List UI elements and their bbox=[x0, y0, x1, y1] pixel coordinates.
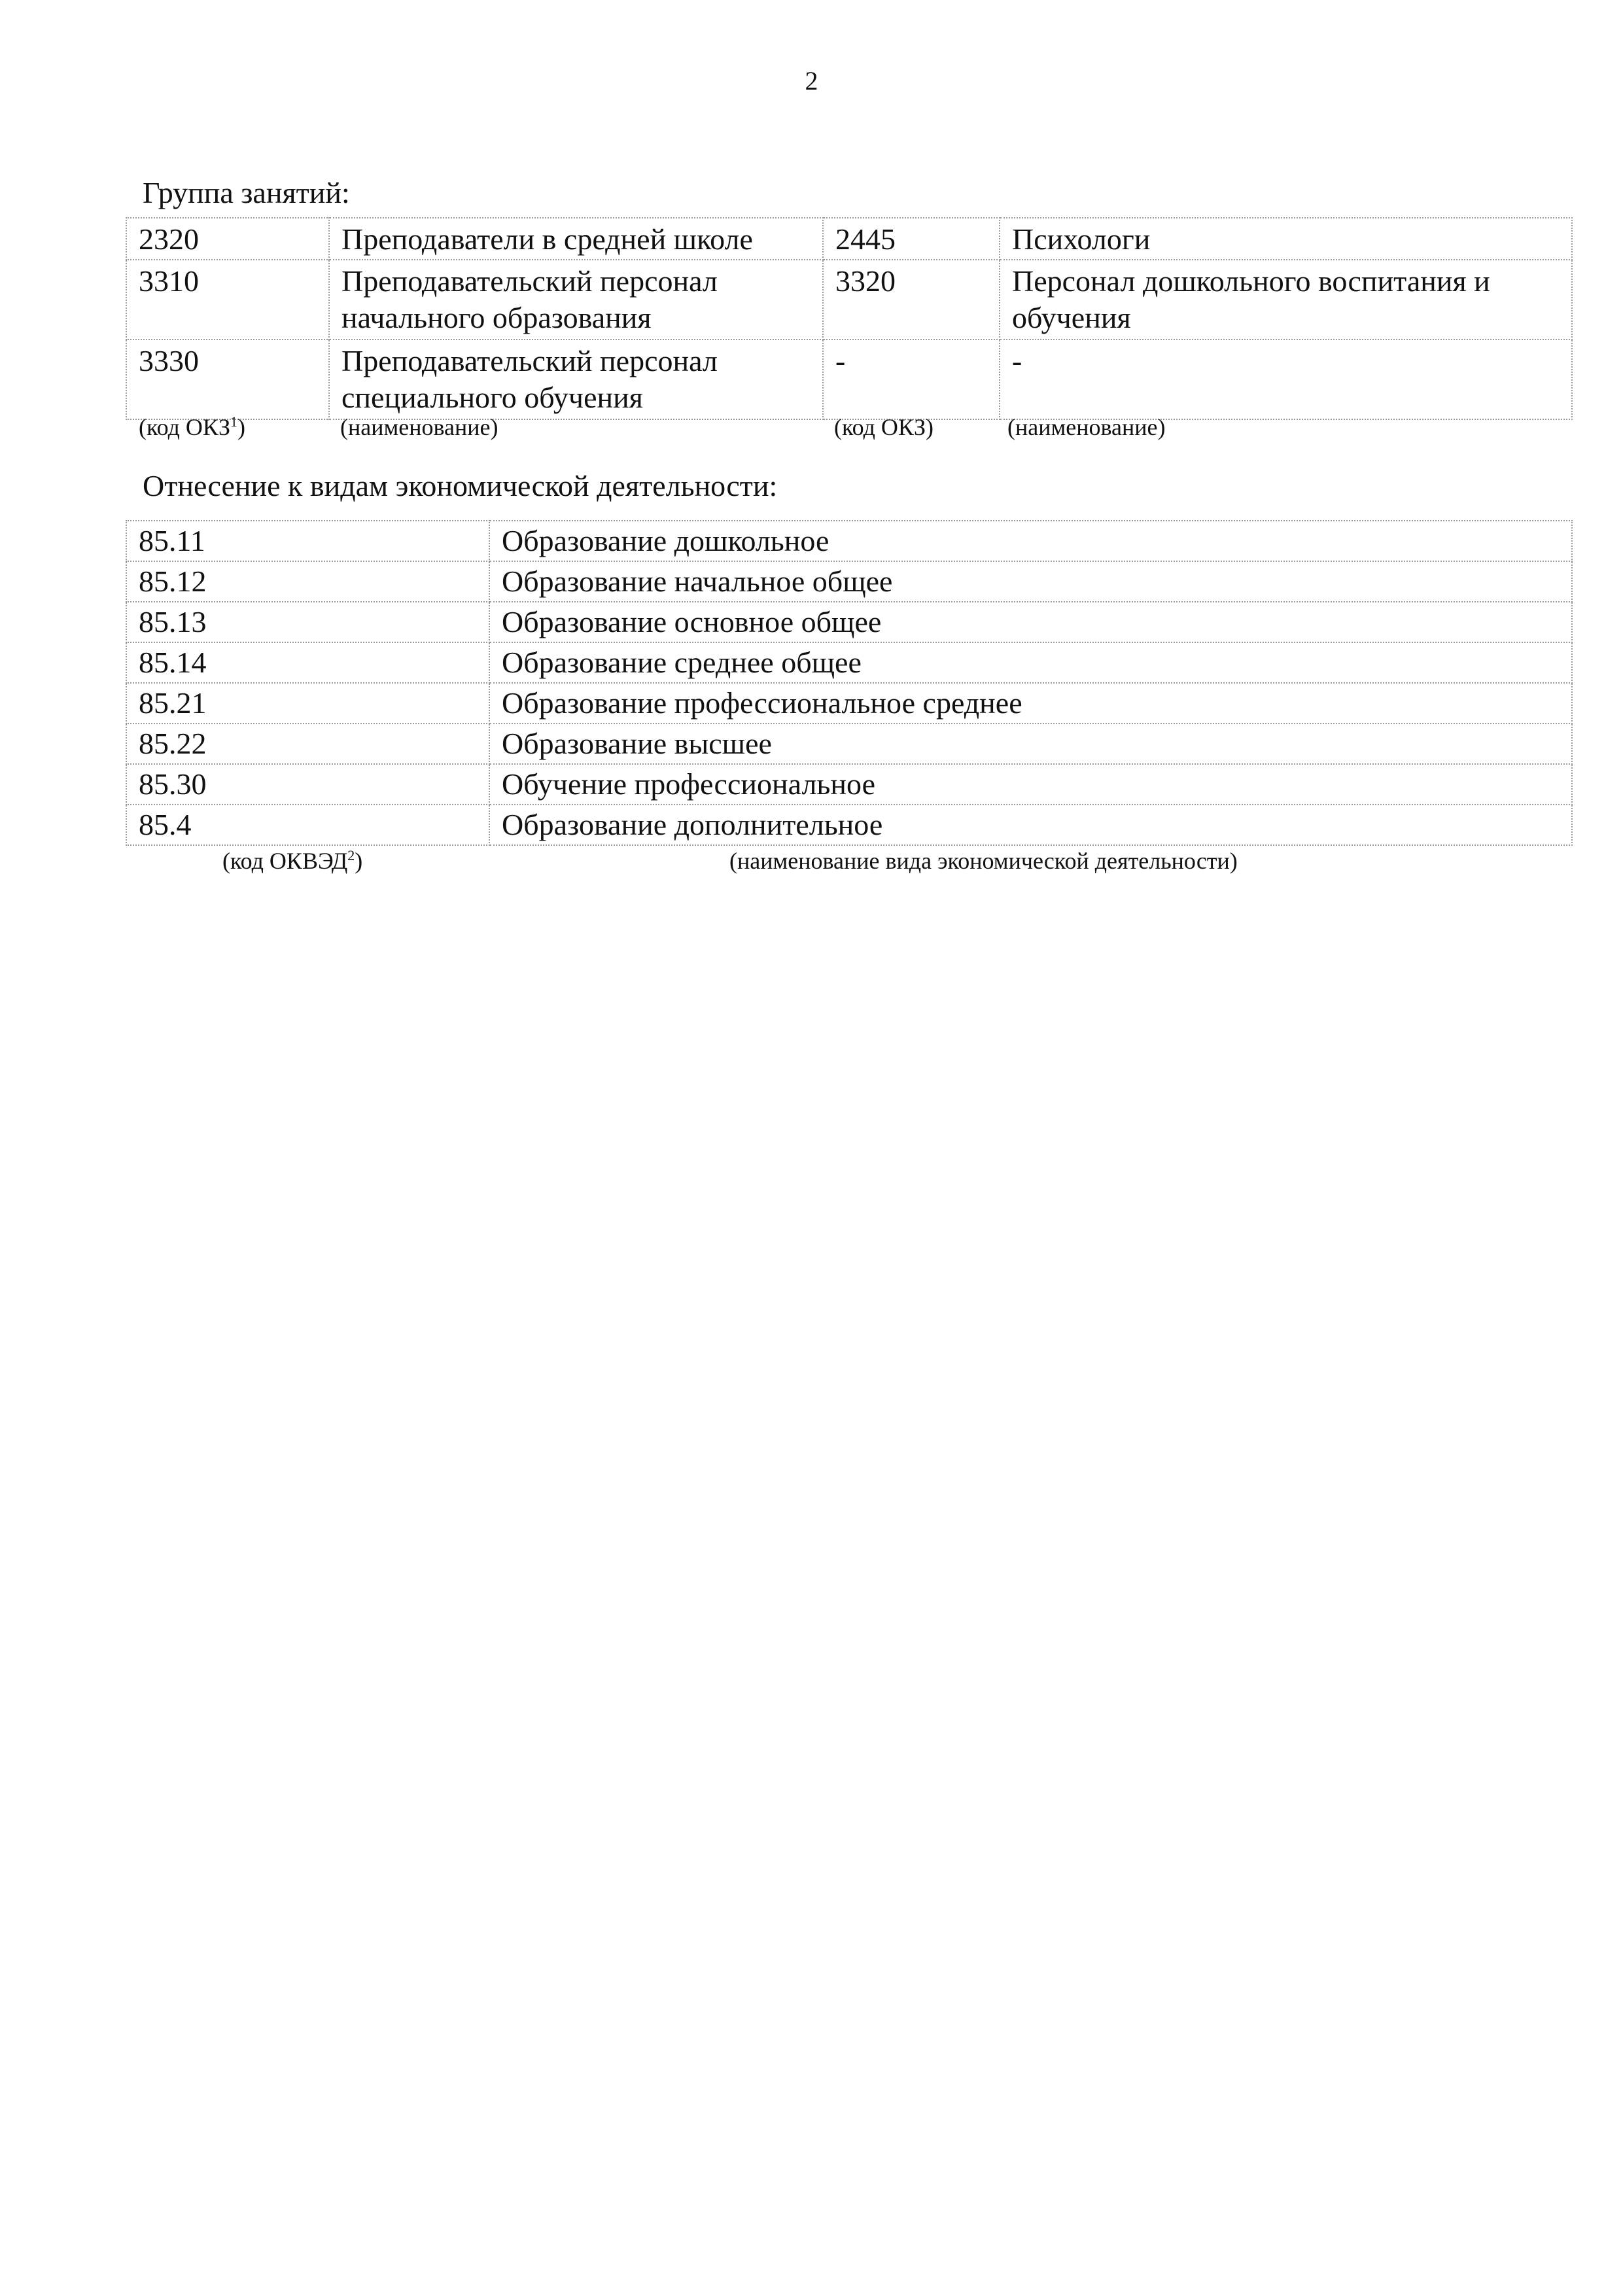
okz-name: Персонал дошкольного воспитания и обучен… bbox=[1000, 260, 1572, 339]
okved-name: Образование основное общее bbox=[489, 602, 1572, 642]
caption-okved-name: (наименование вида экономической деятель… bbox=[729, 847, 1238, 875]
economic-activity-table: 85.11Образование дошкольное 85.12Образов… bbox=[126, 520, 1573, 846]
table-row: 85.12Образование начальное общее bbox=[126, 561, 1572, 602]
okz-code: - bbox=[823, 339, 1000, 419]
page-number: 2 bbox=[0, 65, 1623, 96]
okz-name: - bbox=[1000, 339, 1572, 419]
table-row: 3330 Преподавательский персонал специаль… bbox=[126, 339, 1572, 419]
okz-name: Преподавательский персонал специального … bbox=[329, 339, 823, 419]
occupation-group-heading: Группа занятий: bbox=[143, 178, 350, 208]
okz-name: Психологи bbox=[1000, 218, 1572, 260]
okved-name: Образование высшее bbox=[489, 723, 1572, 764]
table-row: 85.4Образование дополнительное bbox=[126, 805, 1572, 845]
okved-code: 85.30 bbox=[126, 764, 489, 805]
table-row: 85.22Образование высшее bbox=[126, 723, 1572, 764]
table-row: 85.21Образование профессиональное средне… bbox=[126, 683, 1572, 723]
okz-code: 2320 bbox=[126, 218, 329, 260]
caption-okved-code: (код ОКВЭД2) bbox=[222, 847, 362, 875]
table-row: 85.30Обучение профессиональное bbox=[126, 764, 1572, 805]
table-row: 85.14Образование среднее общее bbox=[126, 642, 1572, 683]
okved-code: 85.4 bbox=[126, 805, 489, 845]
caption-okz-code-1: (код ОКЗ1) bbox=[139, 413, 245, 441]
okved-code: 85.13 bbox=[126, 602, 489, 642]
okved-name: Образование дошкольное bbox=[489, 521, 1572, 561]
okved-name: Образование дополнительное bbox=[489, 805, 1572, 845]
okz-code: 3310 bbox=[126, 260, 329, 339]
table-row: 2320 Преподаватели в средней школе 2445 … bbox=[126, 218, 1572, 260]
okved-name: Образование профессиональное среднее bbox=[489, 683, 1572, 723]
caption-okz-name-2: (наименование) bbox=[1007, 413, 1166, 441]
caption-okz-code-2: (код ОКЗ) bbox=[834, 413, 934, 441]
okved-code: 85.11 bbox=[126, 521, 489, 561]
table-row: 85.13Образование основное общее bbox=[126, 602, 1572, 642]
okved-code: 85.22 bbox=[126, 723, 489, 764]
okz-code: 2445 bbox=[823, 218, 1000, 260]
table-row: 85.11Образование дошкольное bbox=[126, 521, 1572, 561]
okz-name: Преподаватели в средней школе bbox=[329, 218, 823, 260]
okved-name: Образование среднее общее bbox=[489, 642, 1572, 683]
okved-code: 85.12 bbox=[126, 561, 489, 602]
okz-code: 3320 bbox=[823, 260, 1000, 339]
okved-code: 85.21 bbox=[126, 683, 489, 723]
okz-name: Преподавательский персонал начального об… bbox=[329, 260, 823, 339]
economic-activity-heading: Отнесение к видам экономической деятельн… bbox=[143, 471, 777, 501]
caption-okz-name-1: (наименование) bbox=[340, 413, 498, 441]
occupation-group-table: 2320 Преподаватели в средней школе 2445 … bbox=[126, 217, 1573, 420]
okved-code: 85.14 bbox=[126, 642, 489, 683]
okved-name: Обучение профессиональное bbox=[489, 764, 1572, 805]
okz-code: 3330 bbox=[126, 339, 329, 419]
okved-name: Образование начальное общее bbox=[489, 561, 1572, 602]
table-row: 3310 Преподавательский персонал начально… bbox=[126, 260, 1572, 339]
